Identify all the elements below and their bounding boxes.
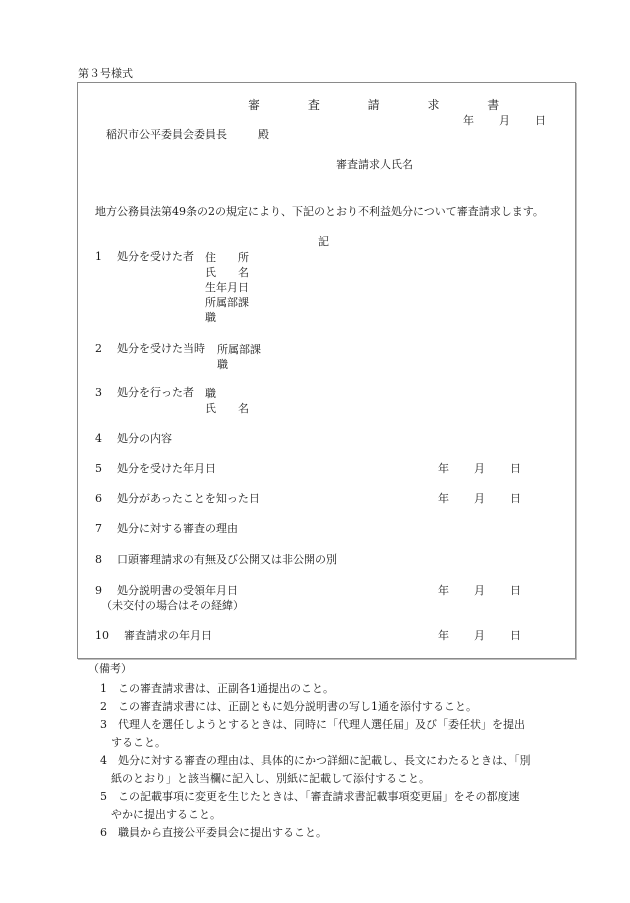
item-number: 5 bbox=[95, 462, 102, 475]
addressee: 稲沢市公平委員会委員長 bbox=[106, 128, 227, 142]
item-10-date: 年月日 bbox=[438, 629, 546, 643]
month-label: 月 bbox=[474, 492, 510, 506]
item-10: 10 審査請求の年月日 bbox=[95, 629, 212, 643]
item-number: 1 bbox=[95, 250, 102, 263]
remark-line: 2 この審査請求書には、正副ともに処分説明書の写し1通を添付すること。 bbox=[100, 700, 477, 714]
item-number: 9 bbox=[95, 584, 102, 597]
honorific: 殿 bbox=[258, 128, 269, 142]
item-3-subfields: 職 氏 名 bbox=[205, 386, 249, 416]
form-number: 第３号様式 bbox=[78, 67, 133, 81]
item-1-subfields: 住 所 氏 名 生年月日 所属部課 職 bbox=[205, 250, 249, 325]
item-1: 1 処分を受けた者 bbox=[95, 250, 194, 264]
year-label: 年 bbox=[438, 462, 474, 476]
item-label: 口頭審理請求の有無及び公開又は非公開の別 bbox=[117, 553, 337, 566]
item-number: 6 bbox=[95, 492, 102, 505]
remark-line: 1 この審査請求書は、正副各1通提出のこと。 bbox=[100, 682, 334, 696]
year-label: 年 bbox=[438, 629, 474, 643]
remarks-heading: （備考） bbox=[88, 662, 132, 676]
request-form-box bbox=[77, 82, 576, 659]
item-number: 7 bbox=[95, 522, 102, 535]
item-6-date: 年月日 bbox=[438, 492, 546, 506]
day-label: 日 bbox=[510, 629, 546, 643]
item-4: 4 処分の内容 bbox=[95, 432, 172, 446]
item-label: 処分があったことを知った日 bbox=[117, 492, 260, 505]
item-8: 8 口頭審理請求の有無及び公開又は非公開の別 bbox=[95, 553, 337, 567]
subfield-position: 職 bbox=[205, 310, 249, 325]
item-label: 処分を受けた当時 bbox=[117, 342, 205, 355]
item-2-subfields: 所属部課 職 bbox=[217, 342, 261, 372]
subfield-position: 職 bbox=[205, 386, 249, 401]
subfield-name: 氏 名 bbox=[205, 265, 249, 280]
remark-line: 3 代理人を選任しようとするときは、同時に「代理人選任届」及び「委任状」を提出 bbox=[100, 718, 525, 732]
remark-line: 紙のとおり」と該当欄に記入し、別紙に記載して添付すること。 bbox=[100, 772, 430, 786]
item-5-date: 年月日 bbox=[438, 462, 546, 476]
header-date: 年月日 bbox=[463, 114, 571, 128]
month-label: 月 bbox=[499, 114, 535, 128]
subfield-name: 氏 名 bbox=[205, 401, 249, 416]
statement: 地方公務員法第49条の2の規定により、下記のとおり不利益処分について審査請求しま… bbox=[95, 205, 544, 219]
document-title: 審 査 請 求 書 bbox=[248, 98, 521, 112]
item-label: 審査請求の年月日 bbox=[124, 629, 212, 642]
ki-marker: 記 bbox=[318, 235, 329, 249]
item-9-date: 年月日 bbox=[438, 584, 546, 598]
item-number: 3 bbox=[95, 386, 102, 399]
day-label: 日 bbox=[535, 114, 571, 128]
month-label: 月 bbox=[474, 584, 510, 598]
month-label: 月 bbox=[474, 629, 510, 643]
item-label: 処分を受けた者 bbox=[117, 250, 194, 263]
item-9: 9 処分説明書の受領年月日 bbox=[95, 584, 238, 598]
item-number: 4 bbox=[95, 432, 102, 445]
subfield-department: 所属部課 bbox=[217, 342, 261, 357]
year-label: 年 bbox=[438, 492, 474, 506]
item-label: 処分を行った者 bbox=[117, 386, 194, 399]
remark-line: 5 この記載事項に変更を生じたときは、「審査請求書記載事項変更届」をその都度速 bbox=[100, 790, 520, 804]
month-label: 月 bbox=[474, 462, 510, 476]
item-label: 処分を受けた年月日 bbox=[117, 462, 216, 475]
item-number: 10 bbox=[95, 629, 109, 642]
year-label: 年 bbox=[463, 114, 499, 128]
subfield-department: 所属部課 bbox=[205, 295, 249, 310]
day-label: 日 bbox=[510, 492, 546, 506]
remark-line: 6 職員から直接公平委員会に提出すること。 bbox=[100, 826, 327, 840]
item-label: 処分に対する審査の理由 bbox=[117, 522, 238, 535]
remark-line: 4 処分に対する審査の理由は、具体的にかつ詳細に記載し、長文にわたるときは、「別 bbox=[100, 754, 531, 768]
item-number: 8 bbox=[95, 553, 102, 566]
subfield-address: 住 所 bbox=[205, 250, 249, 265]
remark-line: やかに提出すること。 bbox=[100, 808, 221, 822]
item-5: 5 処分を受けた年月日 bbox=[95, 462, 216, 476]
item-7: 7 処分に対する審査の理由 bbox=[95, 522, 238, 536]
item-3: 3 処分を行った者 bbox=[95, 386, 194, 400]
year-label: 年 bbox=[438, 584, 474, 598]
item-6: 6 処分があったことを知った日 bbox=[95, 492, 260, 506]
day-label: 日 bbox=[510, 584, 546, 598]
day-label: 日 bbox=[510, 462, 546, 476]
item-number: 2 bbox=[95, 342, 102, 355]
item-2: 2 処分を受けた当時 bbox=[95, 342, 205, 356]
subfield-birthdate: 生年月日 bbox=[205, 280, 249, 295]
item-label: 処分説明書の受領年月日 bbox=[117, 584, 238, 597]
item-label: 処分の内容 bbox=[117, 432, 172, 445]
item-9-note: （未交付の場合はその経緯） bbox=[101, 599, 244, 613]
remark-line: すること。 bbox=[100, 736, 166, 750]
requester-name-label: 審査請求人氏名 bbox=[336, 158, 413, 172]
subfield-position: 職 bbox=[217, 357, 261, 372]
